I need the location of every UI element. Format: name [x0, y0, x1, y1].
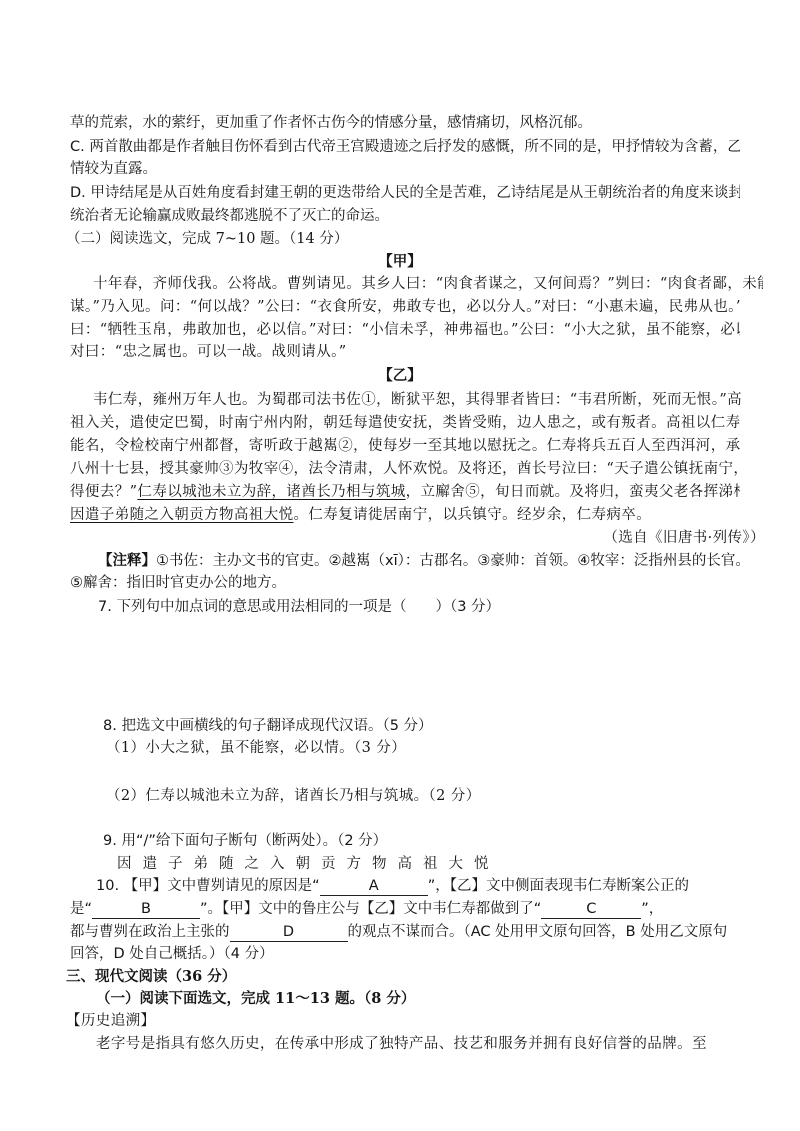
notes-label: 【注释】 — [98, 553, 156, 569]
option-d-line2: 统治者无论输赢成败最终都逃脱不了灭亡的命运。 — [70, 206, 740, 226]
passage-yi-line: 八州十七县，授其豪帅③为牧宰④，法令清肃，人怀欢悦。及将还，酋长号泣曰：“天子遣… — [70, 459, 740, 479]
text: 都与曹刿在政治上主张的 — [70, 924, 230, 940]
exam-page: 草的荒索，水的萦纡，更加重了作者怀古伤今的情感分量，感情痛切，风格沉郁。 C. … — [0, 0, 800, 1131]
notes-line1: 【注释】①书佐：主办文书的官吏。②越嶲（xī）：古郡名。③豪帅：首领。④牧宰：泛… — [98, 551, 768, 571]
section3-heading: 三、现代文阅读（36 分） — [66, 967, 736, 987]
text: ”， — [641, 901, 663, 917]
passage-jia-title: 【甲】 — [0, 252, 800, 272]
q10-line3: 都与曹刿在政治上主张的D的观点不谋而合。（AC 处用甲文原句回答，B 处用乙文原… — [70, 922, 770, 942]
option-d-line1: D. 甲诗结尾是从百姓角度看封建王朝的更迭带给人民的全是苦难，乙诗结尾是从王朝统… — [70, 183, 740, 203]
q8-sub2: （2）仁寿以城池未立为辞，诸酋长乃相与筑城。（2 分） — [106, 786, 776, 806]
option-c-line2: 情较为直露。 — [70, 159, 740, 179]
passage-jia-line: 谋。”乃入见。问：“何以战？”公曰：“衣食所安，弗敢专也，必以分人。”对曰：“小… — [70, 297, 740, 317]
underlined-sentence-2: 因遣子弟随之入朝贡方物高祖大悦 — [70, 507, 294, 523]
passage-yi-line6: 因遣子弟随之入朝贡方物高祖大悦。仁寿复请徙居南宁，以兵镇守。经岁余，仁寿病卒。 — [70, 505, 740, 525]
blank-b[interactable]: B — [92, 901, 200, 919]
option-b-tail: 草的荒索，水的萦纡，更加重了作者怀古伤今的情感分量，感情痛切，风格沉郁。 — [70, 113, 740, 133]
q9-sentence: 因遣子弟随之入朝贡方物高祖大悦 — [117, 854, 787, 874]
notes-line2: ⑤廨舍：指旧时官吏办公的地方。 — [70, 573, 740, 593]
q10-line4: 回答，D 处自己概括。）（4 分） — [70, 944, 740, 964]
text: 的观点不谋而合。（AC 处用甲文原句回答，B 处用乙文原句 — [348, 924, 728, 940]
passage-yi-line: 祖入关，遣使定巴蜀，时南宁州内附，朝廷每遣使安抚，类皆受贿，边人患之，或有叛者。… — [70, 413, 740, 433]
q9-stem: 9. 用“/”给下面句子断句（断两处）。（2 分） — [103, 831, 773, 851]
section3-tag: 【历史追溯】 — [66, 1011, 736, 1031]
text: ，立廨舍⑤，旬日而就。及将归，蛮夷父老各挥涕相送。 — [406, 484, 740, 500]
text: 。仁寿复请徙居南宁，以兵镇守。经岁余，仁寿病卒。 — [294, 507, 652, 523]
blank-a[interactable]: A — [320, 878, 428, 896]
section3-first-line: 老字号是指具有悠久历史，在传承中形成了独特产品、技艺和服务并拥有良好信誉的品牌。… — [96, 1034, 766, 1054]
notes-text: ①书佐：主办文书的官吏。②越嶲（xī）：古郡名。③豪帅：首领。④牧宰：泛指州县的… — [156, 553, 750, 569]
text: 得便去？” — [70, 484, 137, 500]
option-c-line1: C. 两首散曲都是作者触目伤怀看到古代帝王宫殿遗迹之后抒发的感慨，所不同的是，甲… — [70, 137, 740, 157]
text: 是“ — [70, 901, 92, 917]
passage-yi-line: 韦仁寿，雍州万年人也。为蜀郡司法书佐①，断狱平恕，其得罪者皆曰：“韦君所断，死而… — [93, 390, 763, 410]
q8-stem: 8. 把选文中画横线的句子翻译成现代汉语。（5 分） — [103, 716, 773, 736]
q10-line1: 10. 【甲】文中曹刿请见的原因是“A”，【乙】文中侧面表现韦仁寿断案公正的 — [96, 876, 776, 896]
passage-jia-line: 曰：“牺牲玉帛，弗敢加也，必以信。”对曰：“小信未孚，神弗福也。”公曰：“小大之… — [70, 320, 740, 340]
passage-source: （选自《旧唐书·列传》） — [0, 528, 765, 548]
q7-stem: 7. 下列句中加点词的意思或用法相同的一项是（ ）（3 分） — [98, 597, 768, 617]
blank-d[interactable]: D — [230, 924, 348, 942]
blank-c[interactable]: C — [541, 901, 641, 919]
text: ”，【乙】文中侧面表现韦仁寿断案公正的 — [428, 878, 689, 894]
section3-subheading: （一）阅读下面选文，完成 11～13 题。（8 分） — [96, 989, 766, 1009]
passage-yi-line: 能名，令检校南宁州都督，寄听政于越嶲②，使每岁一至其地以慰抚之。仁寿将兵五百人至… — [70, 436, 740, 456]
text: 10. 【甲】文中曹刿请见的原因是“ — [96, 878, 320, 894]
text: ”。【甲】文中的鲁庄公与【乙】文中韦仁寿都做到了“ — [200, 901, 541, 917]
passage-yi-line5: 得便去？”仁寿以城池未立为辞，诸酋长乃相与筑城，立廨舍⑤，旬日而就。及将归，蛮夷… — [70, 482, 740, 502]
underlined-sentence-1: 仁寿以城池未立为辞，诸酋长乃相与筑城 — [137, 484, 405, 500]
q10-line2: 是“B”。【甲】文中的鲁庄公与【乙】文中韦仁寿都做到了“C”， — [70, 899, 770, 919]
section2-heading: （二）阅读选文，完成 7~10 题。（14 分） — [66, 229, 736, 249]
passage-yi-title: 【乙】 — [0, 366, 800, 386]
q8-sub1: （1）小大之狱，虽不能察，必以情。（3 分） — [106, 738, 776, 758]
passage-jia-line: 十年春，齐师伐我。公将战。曹刿请见。其乡人曰：“肉食者谋之，又何间焉？”刿曰：“… — [93, 274, 763, 294]
passage-jia-line: 对曰：“忠之属也。可以一战。战则请从。” — [70, 342, 740, 362]
